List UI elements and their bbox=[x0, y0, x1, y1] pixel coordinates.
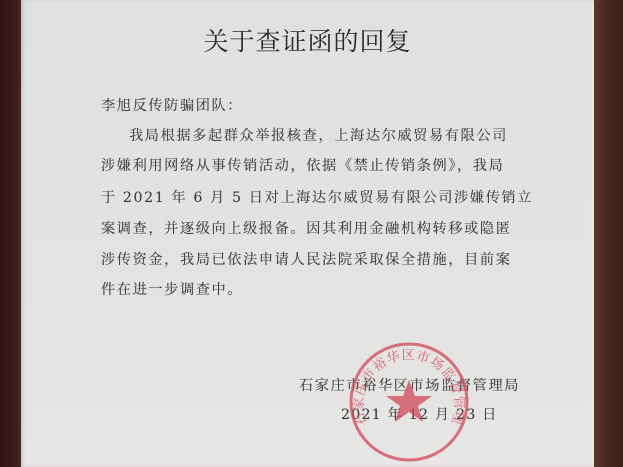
desk-background-right bbox=[593, 0, 623, 467]
letter-paper: 关于查证函的回复 李旭反传防骗团队： 我局根据多起群众举报核查，上海达尔威贸易有… bbox=[21, 0, 594, 467]
signer-organization: 石家庄市裕华区市场监督管理局 bbox=[299, 375, 520, 395]
body-line-6: 件在进一步调查中。 bbox=[101, 279, 243, 299]
greeting: 李旭反传防骗团队： bbox=[101, 95, 243, 115]
signature-date: 2021 年 12 月 23 日 bbox=[341, 404, 498, 424]
body-line-1: 我局根据多起群众举报核查，上海达尔威贸易有限公司 bbox=[129, 125, 508, 145]
body-line-5: 涉传资金，我局已依法申请人民法院采取保全措施，目前案 bbox=[101, 249, 511, 269]
desk-background-left bbox=[0, 0, 22, 467]
body-line-3: 于 2021 年 6 月 5 日对上海达尔威贸易有限公司涉嫌传销立 bbox=[101, 187, 533, 207]
document-title: 关于查证函的回复 bbox=[21, 22, 594, 58]
official-seal-icon: 石家庄市裕华区市场监督管理局 bbox=[345, 338, 473, 466]
body-line-4: 案调查，并逐级向上级报备。因其利用金融机构转移或隐匿 bbox=[101, 218, 511, 238]
body-line-2: 涉嫌利用网络从事传销活动，依据《禁止传销条例》，我局 bbox=[101, 155, 504, 175]
